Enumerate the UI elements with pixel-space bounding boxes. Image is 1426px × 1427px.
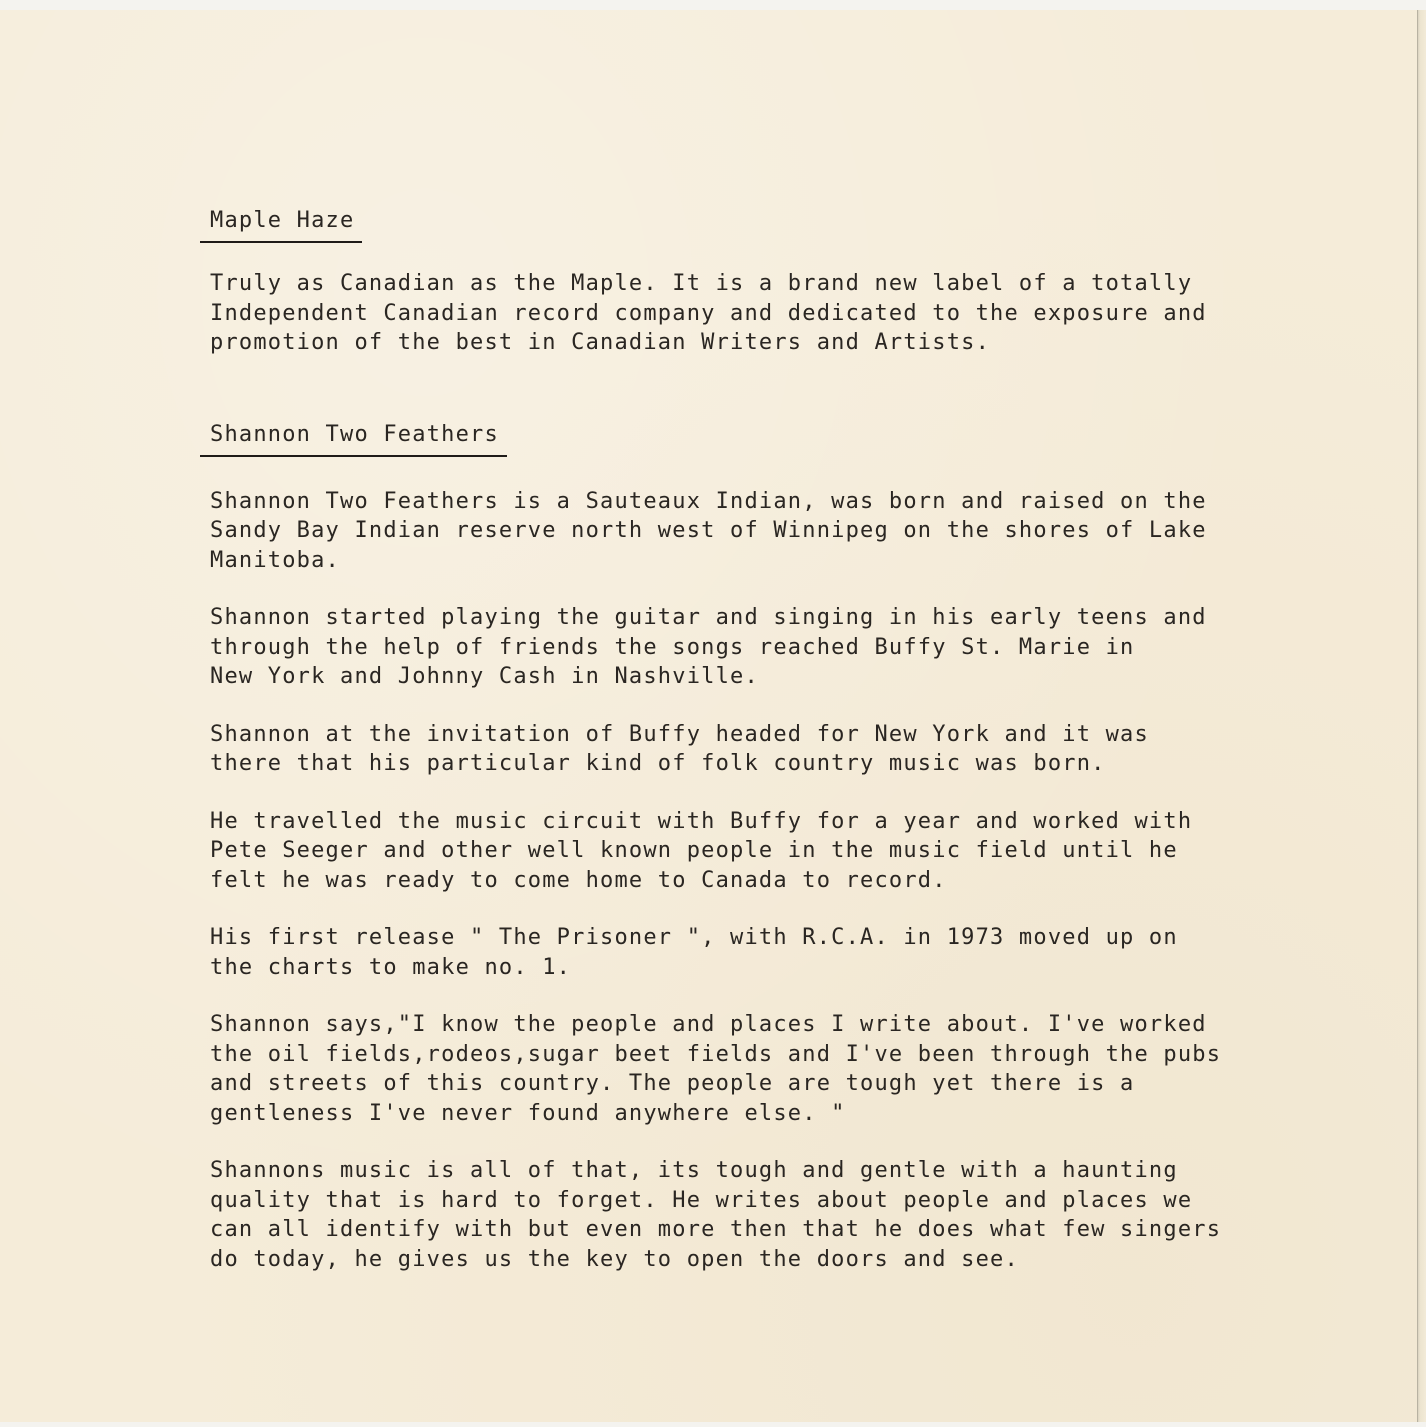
paragraph-new-york: Shannon at the invitation of Buffy heade… [210, 720, 1250, 779]
paragraph: Truly as Canadian as the Maple. It is a … [210, 269, 1250, 358]
paragraph-quote: Shannon says,"I know the people and plac… [210, 1010, 1250, 1128]
paragraph-early-career: Shannon started playing the guitar and s… [210, 603, 1250, 692]
heading-underline [200, 241, 362, 243]
paragraph-first-release: His first release " The Prisoner ", with… [210, 923, 1250, 982]
section-heading: Shannon Two Feathers [210, 422, 499, 453]
document-body: Maple Haze Truly as Canadian as the Mapl… [210, 208, 1250, 1302]
heading-text: Shannon Two Feathers [210, 422, 499, 447]
heading-text: Maple Haze [210, 208, 354, 233]
paragraph-music-summary: Shannons music is all of that, its tough… [210, 1156, 1250, 1274]
section-heading: Maple Haze [210, 208, 354, 239]
heading-underline [200, 455, 507, 457]
paragraph-music-circuit: He travelled the music circuit with Buff… [210, 807, 1250, 896]
section-maple-haze: Maple Haze Truly as Canadian as the Mapl… [210, 208, 1250, 358]
paper-edge [1417, 10, 1426, 1422]
section-shannon-two-feathers: Shannon Two Feathers Shannon Two Feather… [210, 422, 1250, 1275]
scanned-page: Maple Haze Truly as Canadian as the Mapl… [0, 0, 1426, 1427]
paragraph-origin: Shannon Two Feathers is a Sauteaux India… [210, 487, 1250, 576]
